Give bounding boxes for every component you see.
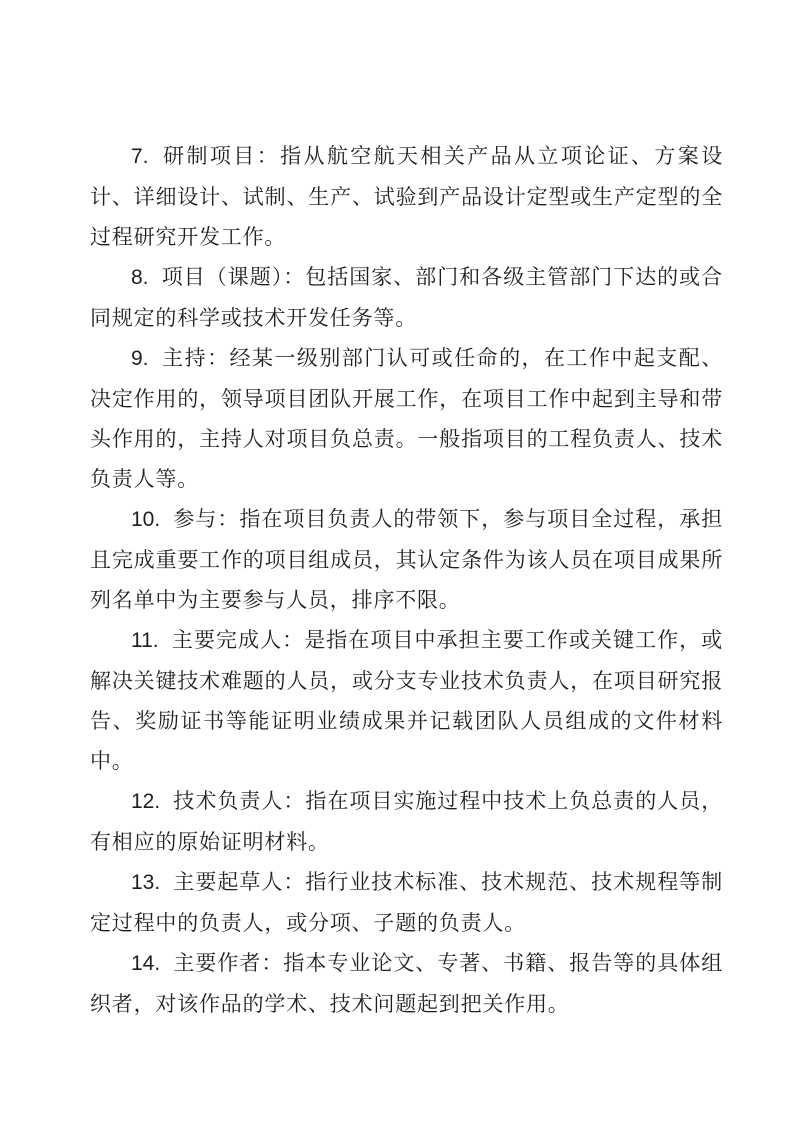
item-number: 11. xyxy=(131,629,159,652)
definition-item-12: 12.技术负责人：指在项目实施过程中技术上负总责的人员，有相应的原始证明材料。 xyxy=(90,781,723,862)
document-page: 7.研制项目：指从航空航天相关产品从立项论证、方案设计、详细设计、试制、生产、试… xyxy=(0,0,793,1122)
definition-item-7: 7.研制项目：指从航空航天相关产品从立项论证、方案设计、详细设计、试制、生产、试… xyxy=(90,136,723,257)
document-body: 7.研制项目：指从航空航天相关产品从立项论证、方案设计、详细设计、试制、生产、试… xyxy=(90,136,723,1024)
item-number: 9. xyxy=(131,347,149,370)
item-number: 10. xyxy=(131,508,160,531)
item-text: 主要起草人：指行业技术标准、技术规范、技术规程等制定过程中的负责人，或分项、子题… xyxy=(90,870,723,935)
item-number: 8. xyxy=(131,266,149,289)
item-text: 研制项目：指从航空航天相关产品从立项论证、方案设计、详细设计、试制、生产、试验到… xyxy=(90,144,723,249)
item-number: 7. xyxy=(131,145,149,168)
definition-item-11: 11.主要完成人：是指在项目中承担主要工作或关键工作，或解决关键技术难题的人员，… xyxy=(90,620,723,781)
item-text: 参与：指在项目负责人的带领下，参与项目全过程，承担且完成重要工作的项目组成员，其… xyxy=(90,507,723,612)
item-text: 主要完成人：是指在项目中承担主要工作或关键工作，或解决关键技术难题的人员，或分支… xyxy=(90,628,723,773)
item-number: 13. xyxy=(131,871,160,894)
item-number: 12. xyxy=(131,790,160,813)
item-number: 14. xyxy=(131,952,160,975)
definition-item-14: 14.主要作者：指本专业论文、专著、书籍、报告等的具体组织者，对该作品的学术、技… xyxy=(90,943,723,1024)
definition-item-13: 13.主要起草人：指行业技术标准、技术规范、技术规程等制定过程中的负责人，或分项… xyxy=(90,862,723,943)
definition-item-9: 9.主持：经某一级别部门认可或任命的，在工作中起支配、决定作用的，领导项目团队开… xyxy=(90,338,723,499)
item-text: 技术负责人：指在项目实施过程中技术上负总责的人员，有相应的原始证明材料。 xyxy=(90,789,723,854)
item-text: 项目（课题）：包括国家、部门和各级主管部门下达的或合同规定的科学或技术开发任务等… xyxy=(90,265,723,330)
definition-item-8: 8.项目（课题）：包括国家、部门和各级主管部门下达的或合同规定的科学或技术开发任… xyxy=(90,257,723,338)
item-text: 主持：经某一级别部门认可或任命的，在工作中起支配、决定作用的，领导项目团队开展工… xyxy=(90,346,723,491)
definition-item-10: 10.参与：指在项目负责人的带领下，参与项目全过程，承担且完成重要工作的项目组成… xyxy=(90,499,723,620)
item-text: 主要作者：指本专业论文、专著、书籍、报告等的具体组织者，对该作品的学术、技术问题… xyxy=(90,951,723,1016)
